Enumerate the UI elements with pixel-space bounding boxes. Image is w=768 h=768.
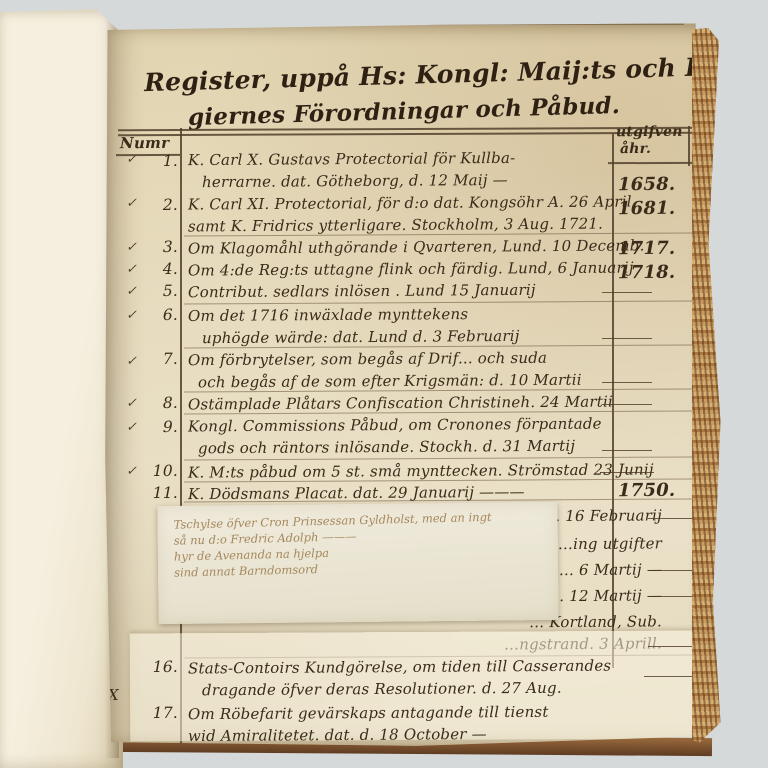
page-title-line2: giernes Förordningar och Påbud. [188,92,621,131]
check-icon: ✓ [126,354,137,369]
row-number: 11. [144,484,178,502]
check-icon: ✓ [126,308,137,323]
year-dash [644,676,694,677]
check-icon: ✓ [126,420,137,435]
year-dash [602,338,652,339]
check-icon: ✓ [126,152,137,167]
row-line: uphögde wärde: dat. Lund d. 3 Februarij [202,327,520,347]
row-number: 1. [144,152,178,170]
row-line: Om Röbefarit gevärskaps antagande till t… [188,703,549,724]
check-icon: ✓ [126,284,137,299]
row-line: Kongl. Commissions Påbud, om Cronones fö… [188,415,602,436]
page-title-line1: Register, uppå Hs: Kongl: Maij:ts och Ko… [144,48,768,97]
row-line: wid Amiralitetet. dat. d. 18 October — [188,725,487,745]
row-line: Om förbrytelser, som begås af Drif... oc… [188,349,547,370]
year-dash [602,404,652,405]
row-number: 17. [144,704,178,722]
row-number: 9. [144,418,178,436]
photo-background: Register, uppå Hs: Kongl: Maij:ts och Ko… [0,0,768,768]
row-year: 1717. [618,238,676,259]
page-block-fore-edge [692,28,722,744]
year-dash [648,570,694,571]
year-dash [648,596,694,597]
row-line: Stats-Contoirs Kundgörelse, om tiden til… [188,657,611,678]
year-dash [602,292,652,293]
year-dash [602,382,652,383]
year-dash [600,472,654,473]
check-icon: ✓ [126,262,137,277]
year-dash [648,518,694,519]
row-line: dragande öfver deras Resolutioner. d. 27… [202,679,562,700]
year-header-right-border [688,126,690,166]
row-year: 1718. [618,262,676,283]
row-number: 3. [144,238,178,256]
row-line: samt K. Fridrics ytterligare. Stockholm,… [188,215,603,236]
check-icon: ✓ [126,240,137,255]
row-line: K. Carl X. Gustavs Protectorial för Kull… [188,149,515,169]
year-header-underline [608,162,692,164]
row-line: gods och räntors inlösande. Stockh. d. 3… [198,437,575,458]
row-line: herrarne. dat. Götheborg, d. 12 Maij — [202,171,508,191]
row-line: Om Klagomåhl uthgörande i Qvarteren, Lun… [188,236,645,257]
row-number: 7. [144,350,178,368]
row-line: K. Carl XI. Protectorial, för d:o dat. K… [188,192,632,213]
row-line: Om 4:de Reg:ts uttagne flink och färdig.… [188,258,634,279]
column-header-year-line2: åhr. [620,141,651,157]
row-line: Contribut. sedlars inlösen . Lund 15 Jan… [188,281,536,301]
row-line: och begås af de som efter Krigsmän: d. 1… [198,371,582,392]
row-number: 5. [144,282,178,300]
check-icon: ✓ [126,396,137,411]
row-number: 10. [144,462,178,480]
paper-slip: Tschylse öfver Cron Prinsessan Gyldholst… [157,502,558,624]
row-number: 16. [144,658,178,676]
column-header-year-line1: utgifven [616,124,683,140]
row-year: 1750. [618,480,676,501]
row-number: 4. [144,260,178,278]
row-year: 1681. [618,198,676,219]
row-separator [184,300,692,304]
row-line: K. Dödsmans Placat. dat. 29 Januarij ——— [188,483,525,503]
row-line: Ostämplade Plåtars Confiscation Christin… [188,393,613,414]
check-icon: ✓ [126,464,137,479]
left-facing-page [0,0,123,768]
row-line: K. M:ts påbud om 5 st. små mynttecken. S… [188,460,654,481]
year-dash [602,450,652,451]
column-header-num: Numr [120,134,169,152]
year-dash [648,646,694,647]
row-line: Om det 1716 inwäxlade mynttekens [188,305,468,325]
check-icon: ✓ [126,196,137,211]
register-page: Register, uppå Hs: Kongl: Maij:ts och Ko… [104,22,704,748]
row-number: 6. [144,306,178,324]
row-number: 8. [144,394,178,412]
row-number: 2. [144,196,178,214]
